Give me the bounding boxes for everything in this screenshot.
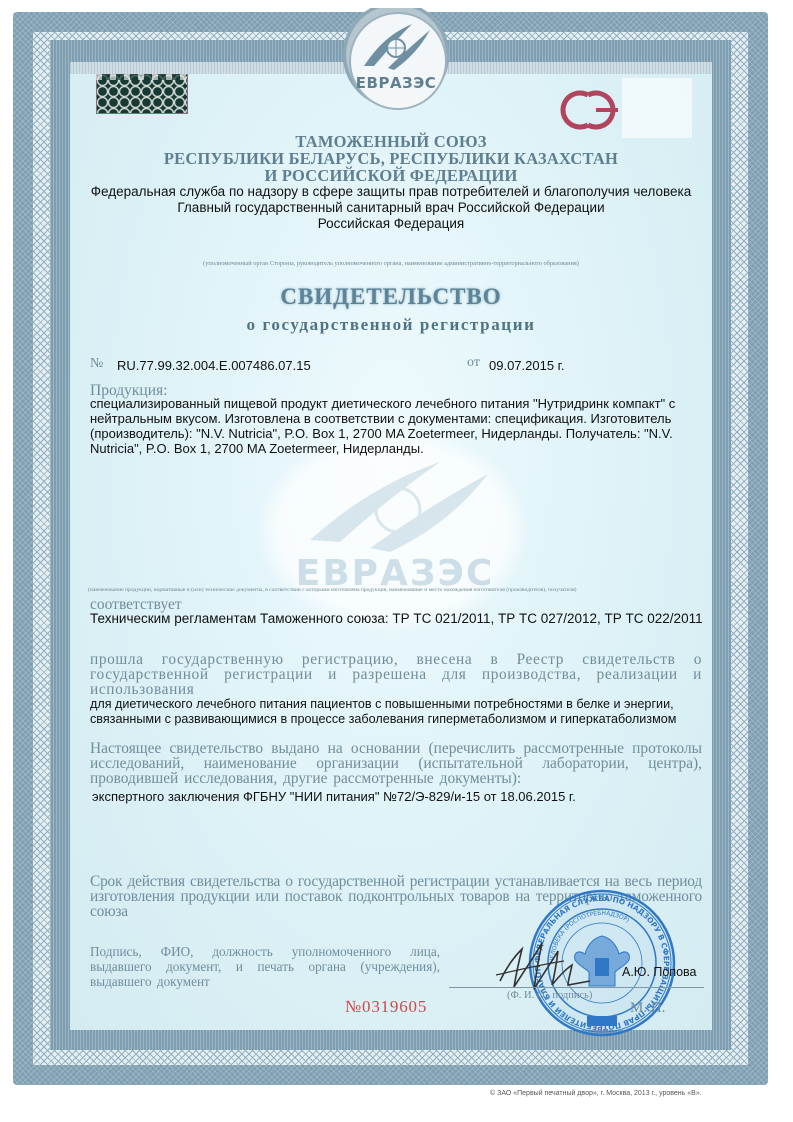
registration-number: RU.77.99.32.004.E.007486.07.15: [117, 358, 311, 373]
seal-caption: М. П.: [630, 1000, 665, 1017]
hologram-top-strip: [96, 74, 186, 80]
authority-line-1: Федеральная служба по надзору в сфере за…: [70, 184, 712, 200]
handwritten-signature-icon: [494, 935, 594, 995]
product-line-3: (производитель): "N.V. Nutricia", P.O. B…: [90, 426, 710, 441]
printer-copyright: © ЗАО «Первый печатный двор», г. Москва,…: [490, 1090, 702, 1097]
union-title-line-2: РЕСПУБЛИКИ БЕЛАРУСЬ, РЕСПУБЛИКИ КАЗАХСТА…: [70, 150, 712, 167]
union-title-line-1: ТАМОЖЕННЫЙ СОЮЗ: [70, 133, 712, 150]
registration-date-label: от: [467, 355, 480, 371]
registration-statement: прошла государственную регистрацию, внес…: [90, 652, 702, 697]
conformity-value: Техническим регламентам Таможенного союз…: [90, 611, 703, 626]
usage-description: для диетического лечебного питания пацие…: [90, 697, 710, 727]
basis-value: экспертного заключения ФГБНУ "НИИ питани…: [92, 789, 576, 804]
signature-label: Подпись, ФИО, должность уполномоченного …: [90, 944, 440, 989]
signer-name: А.Ю. Попова: [622, 965, 697, 979]
authority-line-3: Российская Федерация: [70, 216, 712, 232]
ce-mark-pad: [622, 78, 692, 138]
authority-line-2: Главный государственный санитарный врач …: [70, 200, 712, 216]
document-subtitle: о государственной регистрации: [70, 315, 712, 335]
euraec-emblem-icon: [360, 22, 432, 74]
emblem-label: ЕВРАЗЭС: [340, 74, 452, 92]
document-title: СВИДЕТЕЛЬСТВО: [70, 284, 712, 310]
product-line-1: специализированный пищевой продукт диети…: [90, 396, 710, 411]
product-line-4: Nutricia", P.O. Box 1, 2700 MA Zoetermee…: [90, 441, 710, 456]
form-serial-number: №0319605: [345, 997, 427, 1017]
registration-number-label: №: [90, 356, 103, 372]
authority-caption: (уполномоченный орган Стороны, руководит…: [70, 260, 712, 267]
registration-date: 09.07.2015 г.: [489, 358, 564, 373]
product-line-2: нейтральным вкусом. Изготовлена в соотве…: [90, 411, 710, 426]
euraec-watermark-icon: [300, 460, 490, 555]
product-description: специализированный пищевой продукт диети…: [90, 396, 710, 456]
usage-line-1: для диетического лечебного питания пацие…: [90, 697, 710, 712]
conformity-mark-icon: [558, 88, 624, 132]
signature-line: [449, 987, 704, 988]
signature-line-caption: (Ф. И. О., подпись): [507, 990, 592, 1001]
union-title-line-3: И РОССИЙСКОЙ ФЕДЕРАЦИИ: [70, 167, 712, 184]
usage-line-2: связанными с развивающимися в процессе з…: [90, 712, 710, 727]
product-caption: (наименование продукции, нормативные и (…: [88, 587, 708, 593]
security-hologram: [96, 74, 188, 114]
basis-statement: Настоящее свидетельство выдано на основа…: [90, 741, 702, 786]
